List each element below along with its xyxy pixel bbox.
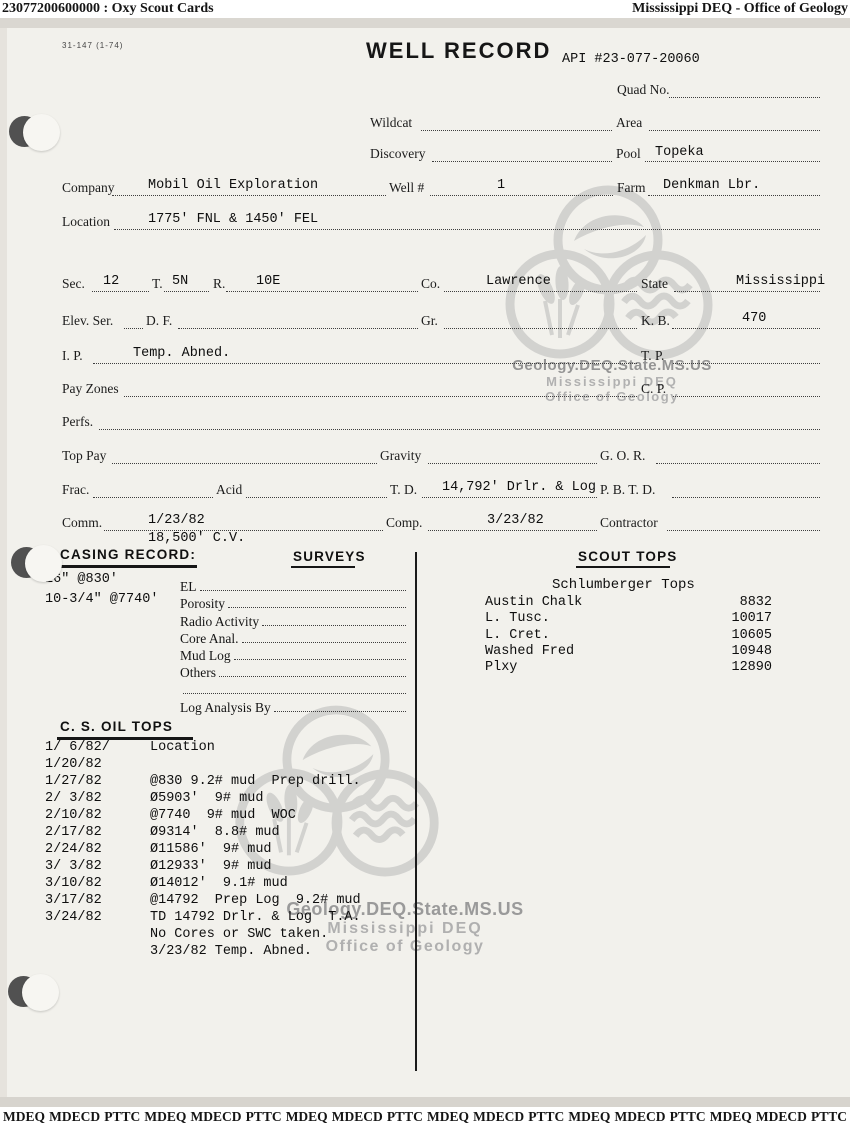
field-perfs-label: Perfs. — [62, 414, 93, 430]
oil-top-date — [45, 926, 150, 943]
dotted-line — [428, 530, 597, 531]
oil-top-row: 2/24/82 Ø11586' 9# mud — [45, 841, 361, 858]
dotted-line — [444, 328, 637, 329]
oil-top-row: 2/ 3/82 Ø5903' 9# mud — [45, 790, 361, 807]
oil-top-date: 2/ 3/82 — [45, 790, 150, 807]
oil-top-date: 2/24/82 — [45, 841, 150, 858]
scout-top-row: Washed Fred 10948 — [485, 644, 772, 660]
oil-top-note: @7740 9# mud WOC — [150, 807, 296, 824]
dotted-line — [92, 291, 149, 292]
form-title: WELL RECORD — [366, 38, 551, 64]
casing-record-list: 16" @830' 10-3/4" @7740' — [45, 570, 158, 610]
footer-word: MDEQ — [3, 1109, 45, 1125]
survey-label: EL — [180, 579, 197, 594]
dotted-line — [673, 363, 820, 364]
dotted-line — [262, 625, 406, 626]
dotted-line — [124, 328, 143, 329]
field-well-no-label: Well # — [389, 180, 424, 196]
field-gor-label: G. O. R. — [600, 448, 645, 464]
field-pbtd-label: P. B. T. D. — [600, 482, 655, 498]
scout-top-depth: 12890 — [731, 660, 772, 676]
scan-artifact-band — [0, 18, 850, 28]
schlumberger-subheading: Schlumberger Tops — [552, 577, 695, 593]
oil-top-note: Location — [150, 739, 215, 756]
footer-word: MDECD — [332, 1109, 383, 1125]
field-gr-label: Gr. — [421, 313, 438, 329]
scout-top-row: Austin Chalk 8832 — [485, 595, 772, 611]
dotted-line — [114, 229, 820, 230]
oil-tops-table: 1/ 6/82/ Location 1/20/82 1/27/82 @830 9… — [45, 739, 361, 960]
field-co-label: Co. — [421, 276, 440, 292]
dotted-line — [112, 195, 386, 196]
field-top-pay-label: Top Pay — [62, 448, 106, 464]
casing-line: 16" @830' — [45, 570, 158, 590]
survey-label: Core Anal. — [180, 631, 239, 646]
agency-title: Mississippi DEQ - Office of Geology — [632, 0, 848, 17]
field-co-value: Lawrence — [486, 274, 551, 289]
api-number: API #23-077-20060 — [562, 52, 700, 67]
oil-top-note: TD 14792 Drlr. & Log T.A. — [150, 909, 361, 926]
oil-top-row: 3/17/82 @14792 Prep Log 9.2# mud — [45, 892, 361, 909]
dotted-line — [672, 497, 820, 498]
footer-word: MDECD — [49, 1109, 100, 1125]
dotted-line — [99, 429, 820, 430]
field-area-label: Area — [616, 115, 642, 131]
field-location-label: Location — [62, 214, 110, 230]
oil-top-row: 1/ 6/82/ Location — [45, 739, 361, 756]
footer-word: MDEQ — [427, 1109, 469, 1125]
footer-word: MDEQ — [144, 1109, 186, 1125]
field-sec-label: Sec. — [62, 276, 85, 292]
oil-top-row: 1/27/82 @830 9.2# mud Prep drill. — [45, 773, 361, 790]
viewer-top-bar: 23077200600000 : Oxy Scout Cards Mississ… — [0, 0, 850, 18]
field-r-value: 10E — [256, 274, 280, 289]
oil-top-note: 3/23/82 Temp. Abned. — [150, 943, 312, 960]
field-frac-label: Frac. — [62, 482, 89, 498]
oil-top-note: Ø12933' 9# mud — [150, 858, 272, 875]
oil-top-date: 2/17/82 — [45, 824, 150, 841]
scan-artifact-band — [0, 28, 7, 1097]
field-elev-ser-label: Elev. Ser. — [62, 313, 113, 329]
oil-top-date: 3/10/82 — [45, 875, 150, 892]
dotted-line — [234, 659, 406, 660]
survey-row: EL — [180, 577, 406, 594]
field-cp-label: C. P. — [641, 381, 666, 397]
dotted-line — [246, 497, 387, 498]
oil-top-date: 1/ 6/82/ — [45, 739, 150, 756]
dotted-line — [242, 642, 407, 643]
field-comm-value: 1/23/82 — [148, 513, 205, 528]
watermark-line: Mississippi DEQ — [510, 374, 714, 389]
field-pool-label: Pool — [616, 146, 641, 162]
dotted-line — [228, 607, 406, 608]
dotted-line — [674, 291, 820, 292]
field-pool-value: Topeka — [655, 145, 704, 160]
footer-word: MDECD — [190, 1109, 241, 1125]
dotted-line — [669, 97, 820, 98]
footer-word: MDEQ — [286, 1109, 328, 1125]
scout-top-name: Plxy — [485, 660, 517, 676]
dotted-line — [93, 497, 213, 498]
survey-row: Core Anal. — [180, 629, 406, 646]
footer-word: MDECD — [614, 1109, 665, 1125]
survey-row: Mud Log — [180, 646, 406, 663]
oil-top-date: 3/24/82 — [45, 909, 150, 926]
oil-top-note: Ø14012' 9.1# mud — [150, 875, 288, 892]
oil-top-row: 3/ 3/82 Ø12933' 9# mud — [45, 858, 361, 875]
surveys-heading: SURVEYS — [293, 549, 366, 564]
field-sec-value: 12 — [103, 274, 119, 289]
scout-top-name: L. Tusc. — [485, 611, 550, 627]
hole-punch — [22, 975, 58, 1011]
field-comm-extra-value: 18,500' C.V. — [148, 531, 245, 546]
heading-underline — [57, 565, 197, 568]
footer-word: MDEQ — [568, 1109, 610, 1125]
dotted-line — [219, 676, 406, 677]
footer-word: PTTC — [104, 1109, 140, 1125]
oil-top-row: 3/24/82 TD 14792 Drlr. & Log T.A. — [45, 909, 361, 926]
dotted-line — [164, 291, 209, 292]
dotted-line — [93, 363, 637, 364]
dotted-line — [432, 161, 612, 162]
footer-stamp-bar: MDEQ MDECD PTTC MDEQ MDECD PTTC MDEQ MDE… — [0, 1107, 850, 1126]
footer-word: PTTC — [811, 1109, 847, 1125]
oil-top-row: 1/20/82 — [45, 756, 361, 773]
field-acid-label: Acid — [216, 482, 242, 498]
dotted-line — [226, 291, 418, 292]
dotted-line — [124, 396, 637, 397]
watermark-line: Geology.DEQ.State.MS.US — [510, 357, 714, 374]
dotted-line — [422, 497, 597, 498]
scout-top-depth: 10948 — [731, 644, 772, 660]
oil-tops-heading: C. S. OIL TOPS — [60, 719, 173, 734]
oil-top-date: 2/10/82 — [45, 807, 150, 824]
field-quad-label: Quad No. — [617, 82, 670, 98]
field-company-value: Mobil Oil Exploration — [148, 178, 318, 193]
field-pay-zones-label: Pay Zones — [62, 381, 119, 397]
field-r-label: R. — [213, 276, 225, 292]
field-comp-value: 3/23/82 — [487, 513, 544, 528]
survey-label: Others — [180, 665, 216, 680]
dotted-line — [421, 130, 612, 131]
deq-logo-watermark — [498, 183, 720, 363]
dotted-line — [667, 530, 820, 531]
dotted-line — [444, 291, 637, 292]
footer-word: PTTC — [670, 1109, 706, 1125]
document-id-title: 23077200600000 : Oxy Scout Cards — [2, 0, 214, 17]
field-well-no-value: 1 — [497, 178, 505, 193]
field-wildcat-label: Wildcat — [370, 115, 412, 131]
hole-punch — [25, 546, 61, 582]
survey-row: Radio Activity — [180, 611, 406, 628]
section-divider-line — [415, 552, 417, 1071]
field-discovery-label: Discovery — [370, 146, 425, 162]
oil-top-date: 1/27/82 — [45, 773, 150, 790]
field-location-value: 1775' FNL & 1450' FEL — [148, 212, 318, 227]
survey-row — [180, 680, 406, 697]
field-ip-label: I. P. — [62, 348, 83, 364]
field-kb-label: K. B. — [641, 313, 670, 329]
scout-top-depth: 10605 — [731, 628, 772, 644]
field-ip-value: Temp. Abned. — [133, 346, 230, 361]
field-comm-label: Comm. — [62, 515, 102, 531]
surveys-list: EL Porosity Radio Activity Core Anal. Mu… — [180, 577, 406, 715]
oil-top-date: 1/20/82 — [45, 756, 150, 773]
field-company-label: Company — [62, 180, 115, 196]
field-t-value: 5N — [172, 274, 188, 289]
heading-underline — [576, 566, 670, 568]
casing-line: 10-3/4" @7740' — [45, 590, 158, 610]
oil-top-note: @14792 Prep Log 9.2# mud — [150, 892, 361, 909]
survey-label: Mud Log — [180, 648, 231, 663]
oil-top-note: @830 9.2# mud Prep drill. — [150, 773, 361, 790]
scout-tops-table: Austin Chalk 8832 L. Tusc. 10017 L. Cret… — [485, 595, 772, 676]
dotted-line — [673, 396, 820, 397]
oil-top-note: Ø9314' 8.8# mud — [150, 824, 280, 841]
oil-top-note: Ø11586' 9# mud — [150, 841, 272, 858]
field-gravity-label: Gravity — [380, 448, 421, 464]
field-td-label: T. D. — [390, 482, 417, 498]
dotted-line — [428, 463, 597, 464]
dotted-line — [183, 693, 406, 694]
scout-top-row: Plxy 12890 — [485, 660, 772, 676]
dotted-line — [112, 463, 377, 464]
dotted-line — [649, 130, 820, 131]
scout-top-depth: 10017 — [731, 611, 772, 627]
form-number: 31-147 (1-74) — [62, 41, 123, 50]
footer-word: MDECD — [756, 1109, 807, 1125]
field-kb-value: 470 — [742, 311, 766, 326]
field-td-value: 14,792' Drlr. & Log — [442, 480, 596, 495]
scout-top-row: L. Cret. 10605 — [485, 628, 772, 644]
footer-word: MDECD — [473, 1109, 524, 1125]
casing-record-heading: CASING RECORD: — [60, 547, 196, 562]
dotted-line — [178, 328, 418, 329]
survey-label: Radio Activity — [180, 614, 259, 629]
oil-top-row: 2/10/82 @7740 9# mud WOC — [45, 807, 361, 824]
field-comp-label: Comp. — [386, 515, 422, 531]
field-farm-value: Denkman Lbr. — [663, 178, 760, 193]
well-record-scan: 23077200600000 : Oxy Scout Cards Mississ… — [0, 0, 850, 1126]
scout-top-name: L. Cret. — [485, 628, 550, 644]
oil-top-date: 3/ 3/82 — [45, 858, 150, 875]
scout-top-name: Austin Chalk — [485, 595, 582, 611]
scan-artifact-band — [0, 1097, 850, 1107]
oil-top-row: No Cores or SWC taken. — [45, 926, 361, 943]
survey-row: Others — [180, 663, 406, 680]
dotted-line — [648, 195, 820, 196]
oil-top-row: 3/23/82 Temp. Abned. — [45, 943, 361, 960]
survey-row: Log Analysis By — [180, 697, 406, 714]
dotted-line — [274, 711, 406, 712]
footer-word: PTTC — [246, 1109, 282, 1125]
survey-row: Porosity — [180, 594, 406, 611]
oil-top-note: No Cores or SWC taken. — [150, 926, 328, 943]
hole-punch — [23, 115, 59, 151]
field-tp-label: T. P. — [641, 348, 664, 364]
scout-top-depth: 8832 — [740, 595, 772, 611]
dotted-line — [430, 195, 613, 196]
oil-top-date — [45, 943, 150, 960]
oil-top-note: Ø5903' 9# mud — [150, 790, 263, 807]
footer-word: PTTC — [387, 1109, 423, 1125]
dotted-line — [672, 328, 820, 329]
field-t-label: T. — [152, 276, 163, 292]
scout-top-name: Washed Fred — [485, 644, 574, 660]
oil-top-row: 3/10/82 Ø14012' 9.1# mud — [45, 875, 361, 892]
survey-label: Log Analysis By — [180, 700, 271, 715]
field-state-value: Mississippi — [736, 274, 825, 289]
field-df-label: D. F. — [146, 313, 172, 329]
field-contractor-label: Contractor — [600, 515, 658, 531]
field-state-label: State — [641, 276, 668, 292]
survey-label: Porosity — [180, 596, 225, 611]
footer-word: PTTC — [528, 1109, 564, 1125]
dotted-line — [656, 463, 820, 464]
scout-tops-heading: SCOUT TOPS — [578, 549, 678, 564]
dotted-line — [645, 161, 820, 162]
scout-top-row: L. Tusc. 10017 — [485, 611, 772, 627]
heading-underline — [291, 566, 355, 568]
oil-top-date: 3/17/82 — [45, 892, 150, 909]
dotted-line — [200, 590, 407, 591]
footer-word: MDEQ — [710, 1109, 752, 1125]
field-farm-label: Farm — [617, 180, 646, 196]
oil-top-row: 2/17/82 Ø9314' 8.8# mud — [45, 824, 361, 841]
